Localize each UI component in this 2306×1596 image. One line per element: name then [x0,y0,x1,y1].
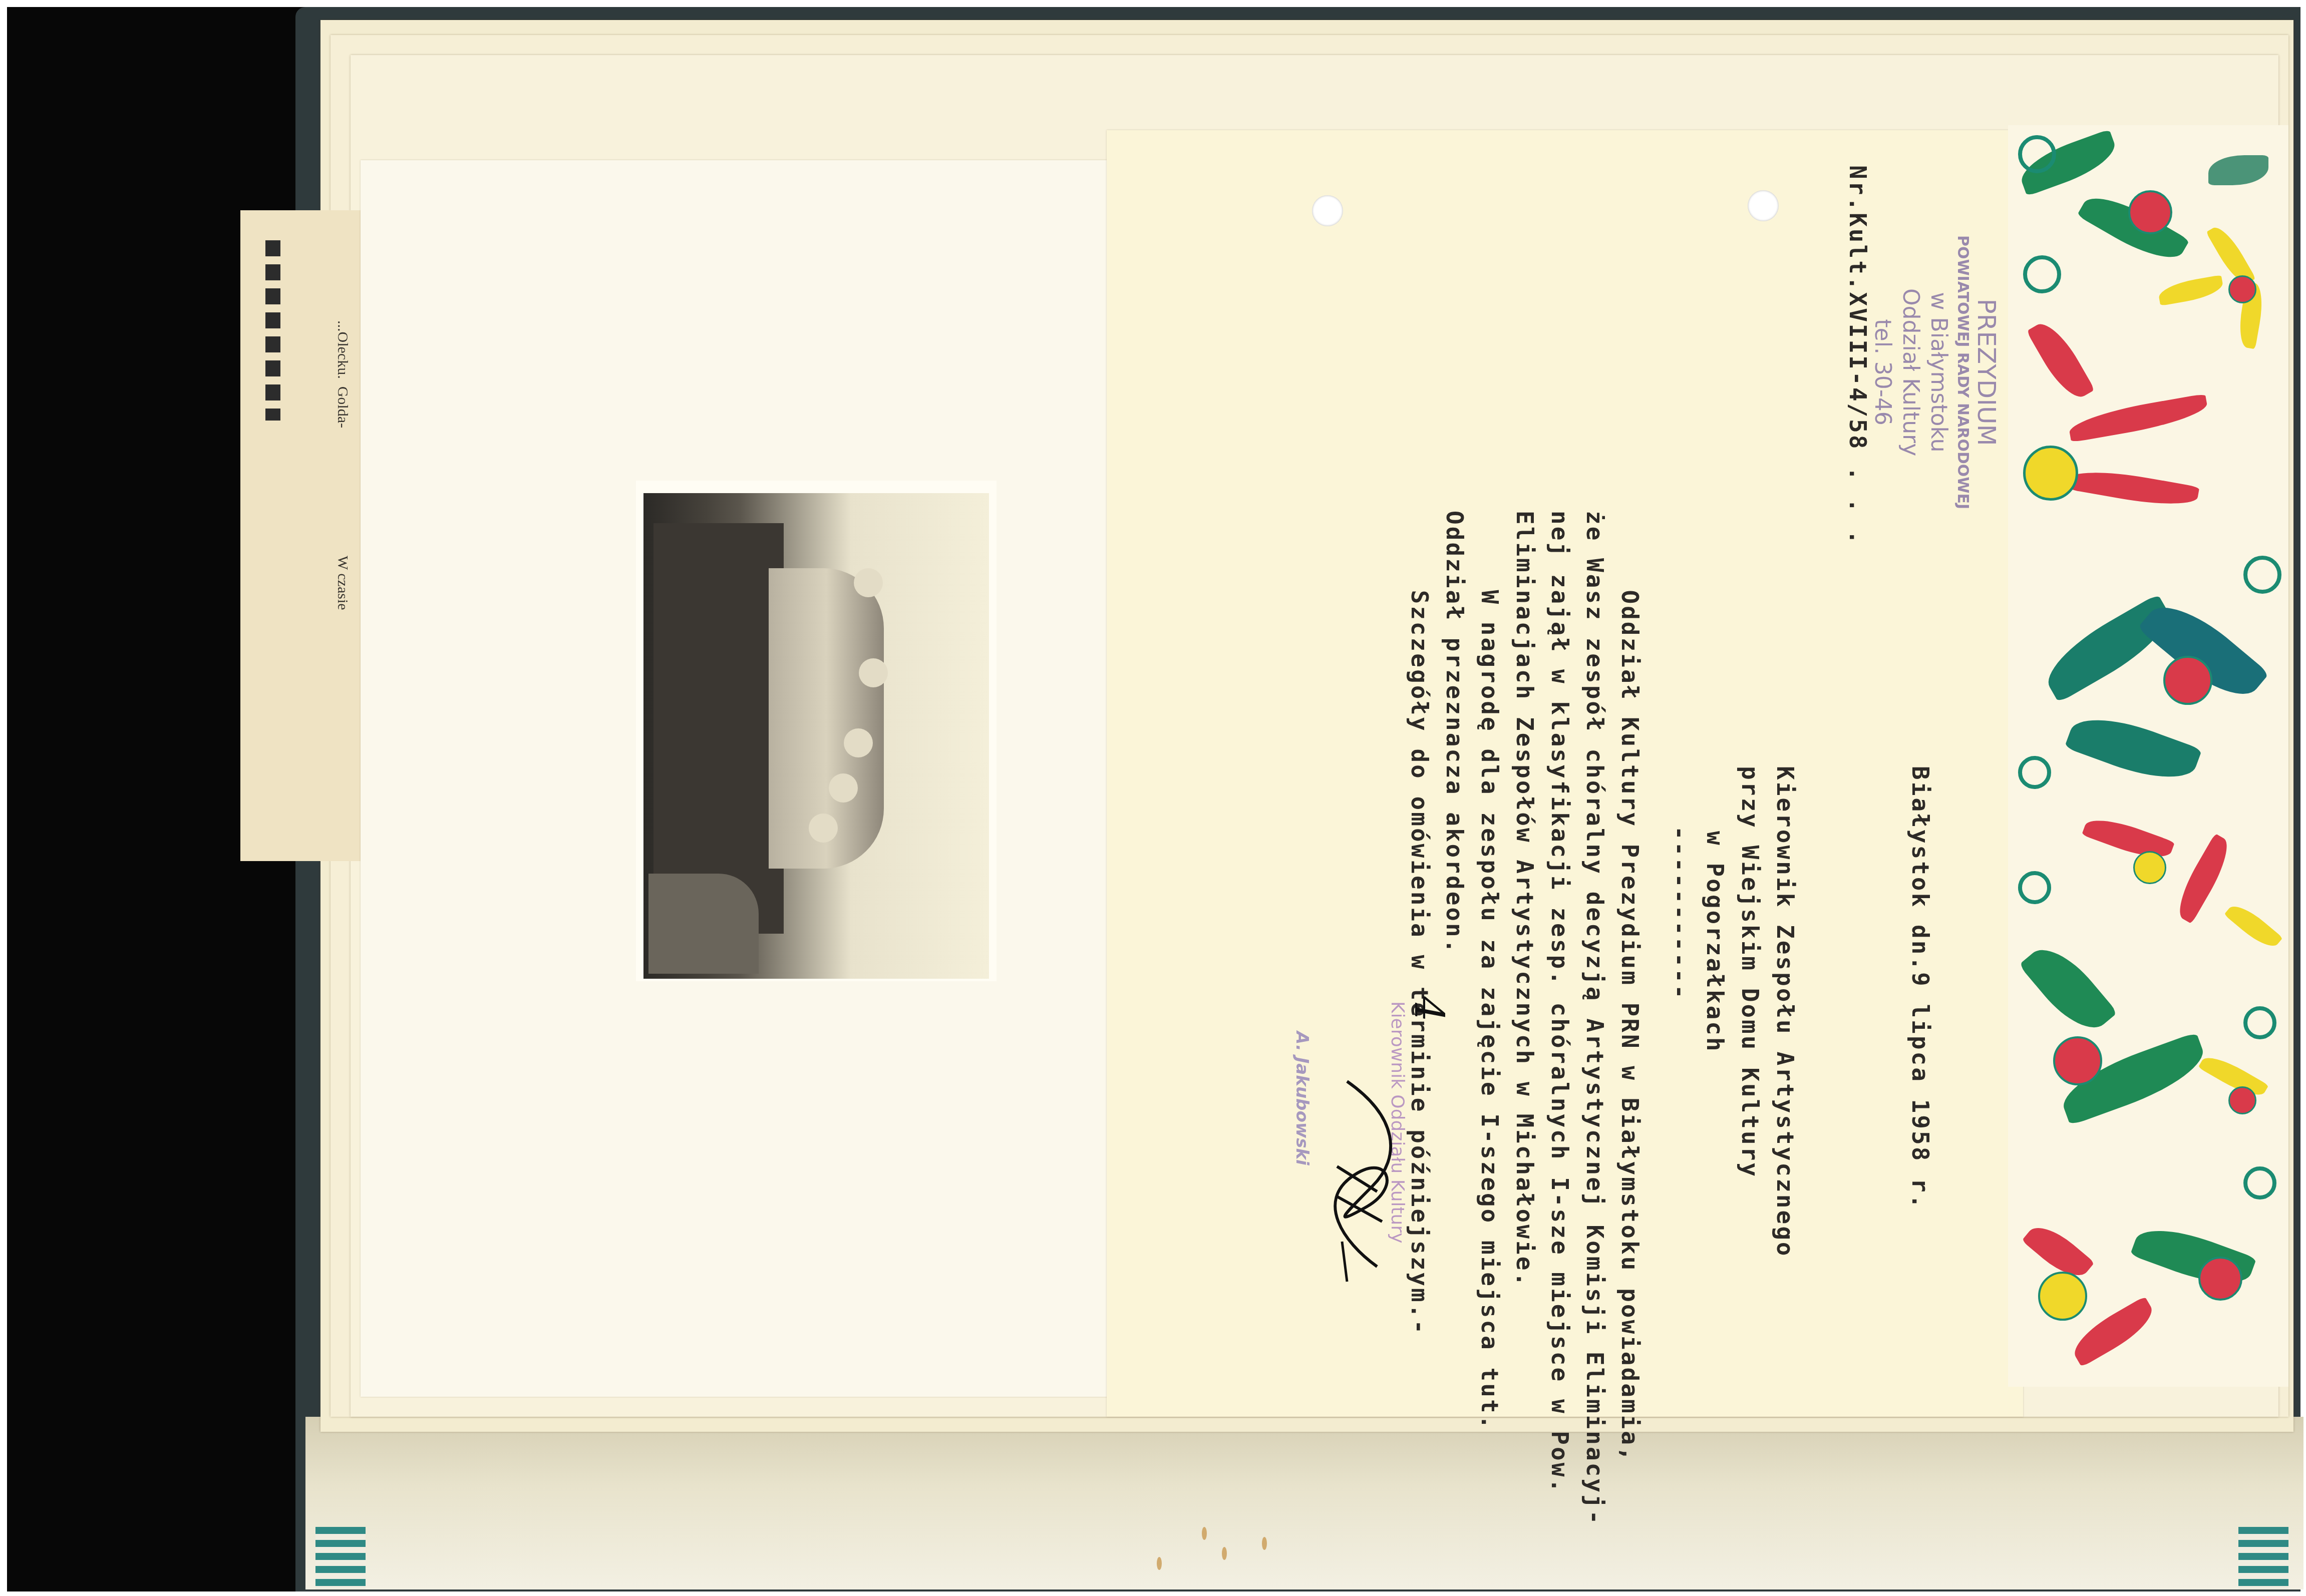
rust-spot [1157,1557,1162,1570]
punch-hole [1312,195,1343,226]
stamp-line: POWIATOWEJ RADY NARODOWEJ [1952,235,1972,509]
teal-leaf-icon [2064,705,2202,791]
yellow-petal-icon [2157,275,2225,306]
photo-wagon [653,523,784,934]
spiral-curl-icon [2243,1166,2276,1200]
yellow-petal-icon [2224,899,2283,953]
red-flower-center-icon [2198,1257,2242,1301]
body-line: nej zajął w klasyfikacji zesp. chóralnyc… [1542,511,1577,1526]
date-text: Białystok dn.9 lipca 1958 r. [1903,766,1938,1210]
spiral-curl-icon [2018,756,2051,789]
spiral-curl-icon [2023,255,2061,293]
green-leaf-icon [2208,155,2268,185]
addressee-line: ----------- [1663,766,1698,1258]
photo-face [859,658,888,687]
handwritten-signature [1325,1076,1407,1287]
stamp-line: w Białymstoku [1924,235,1952,509]
rust-spot [1222,1547,1227,1560]
photo-face [809,814,838,843]
folk-art-border [2008,125,2288,1387]
green-leaf-icon [2019,936,2118,1041]
group-photo [643,493,989,979]
stamp-line: PREZYDIUM [1972,235,2001,509]
red-flower-center-icon [2053,1036,2102,1085]
stamp-line: Oddział Kultury [1896,235,1924,509]
yellow-flower-center-icon [2023,446,2078,501]
rust-spot [1262,1537,1267,1550]
addressee-line: przy Wiejskim Domu Kultury [1733,766,1768,1258]
clipping-line: ...Olecku. Golda- [334,320,352,466]
photo-face [829,773,858,803]
red-petal-icon [2067,465,2200,512]
addressee-line: Kierownik Zespołu Artystycznego [1768,766,1803,1258]
punch-hole [1748,190,1779,221]
clipping-diamond-rule [265,240,280,421]
addressee-line: w Pogorzałkach [1698,766,1733,1258]
body-line: że Wasz zespół chóralny decyzją Artystyc… [1577,511,1612,1526]
signature-scribble [1327,1076,1407,1287]
spiral-curl-icon [2018,871,2051,904]
rust-spot [1202,1527,1207,1540]
date-line: Białystok dn.9 lipca 1958 r. [1903,766,1938,1210]
spiral-curl-icon [2243,556,2281,594]
signature-name: A. Jakubowski [1292,1031,1312,1165]
newspaper-clipping [240,210,361,861]
photo-crowd [648,874,759,974]
photo-face [844,728,873,757]
red-petal-icon [2027,316,2095,405]
letterhead-stamp: PREZYDIUM POWIATOWEJ RADY NARODOWEJ w Bi… [1868,235,2001,509]
yellow-flower-center-icon [2038,1272,2087,1321]
red-flower-center-icon [2128,190,2172,234]
handwritten-number: 4 [1406,996,1452,1022]
yellow-flower-center-icon [2133,851,2166,884]
signature-name-stamp: A. Jakubowski [1292,1031,1312,1165]
spiral-curl-icon [2018,135,2056,173]
binder-bottom-edge [305,1417,2303,1589]
binder-stripe-right [2238,1527,2288,1589]
red-flower-center-icon [2228,275,2256,303]
reference-number: Nr.Kult.XVIII-4/58 . . . [1840,165,1875,546]
red-flower-center-icon [2228,1086,2256,1114]
red-flower-center-icon [2163,656,2212,705]
body-line: Eliminacjach Zespołów Artystycznych w Mi… [1507,511,1542,1526]
photo-face [854,568,883,597]
addressee-block: Kierownik Zespołu Artystycznego przy Wie… [1663,766,1803,1258]
red-petal-icon [2067,393,2209,443]
spiral-curl-icon [2243,1006,2276,1039]
reference-text: Nr.Kult.XVIII-4/58 . . . [1840,165,1875,546]
handwritten-mark: 4 [1406,996,1452,1022]
body-line: Oddział Kultury Prezydium PRN w Białymst… [1612,511,1648,1526]
body-line: W nagrodę dla zespołu za zajęcie I-szego… [1472,511,1507,1526]
clipping-line: W czasie [334,556,352,629]
binder-stripe-left [315,1527,366,1589]
